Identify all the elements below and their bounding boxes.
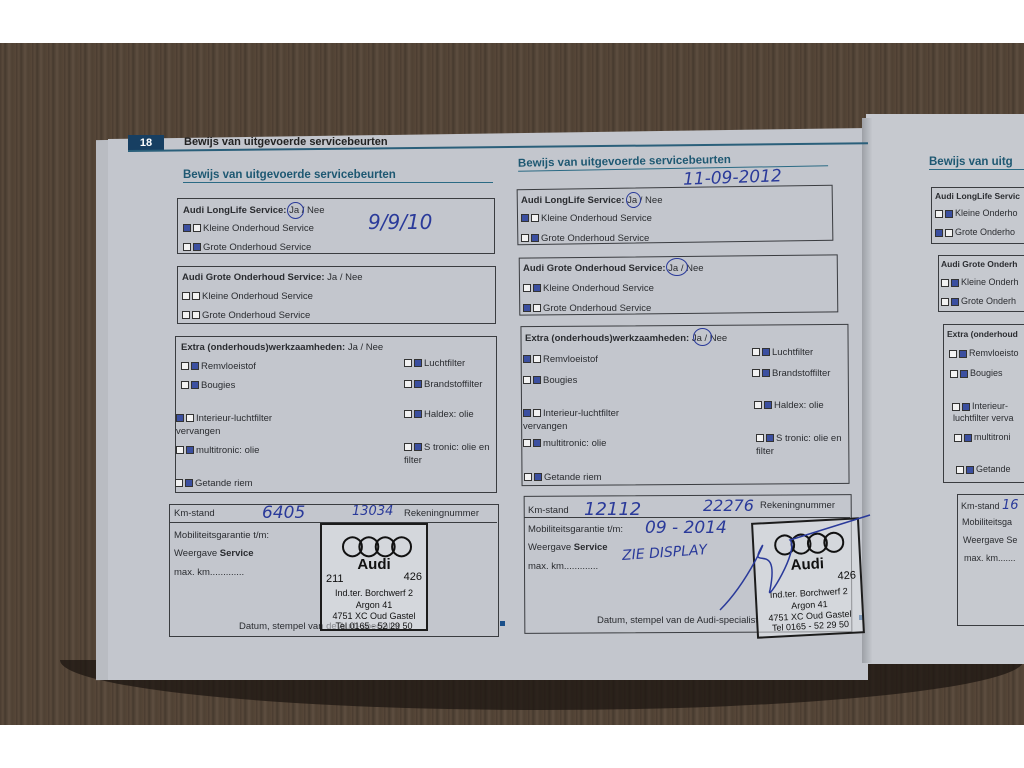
- next-label: Mobiliteitsga: [962, 517, 1012, 527]
- next-label: Interieur-: [952, 401, 1008, 411]
- display-label: Weergave Service: [528, 542, 608, 553]
- checkbox[interactable]: [945, 210, 953, 218]
- checkbox[interactable]: [950, 370, 958, 378]
- mobility-label: Mobiliteitsgarantie t/m:: [174, 530, 269, 541]
- checkbox[interactable]: [524, 473, 532, 481]
- left-extra-label: Extra (onderhouds)werkzaamheden: Ja / Ne…: [181, 342, 383, 353]
- checkbox[interactable]: [175, 479, 183, 487]
- checkbox[interactable]: [404, 380, 412, 388]
- ja-circle-mark: [626, 192, 641, 208]
- checkbox[interactable]: [941, 298, 949, 306]
- checkbox[interactable]: [182, 311, 190, 319]
- checkbox[interactable]: [181, 362, 189, 370]
- marker-square: [500, 621, 505, 626]
- checkbox[interactable]: [533, 284, 541, 292]
- km-value: 6405: [262, 503, 305, 523]
- handwritten-date: 9/9/10: [368, 210, 432, 234]
- checkbox[interactable]: [181, 381, 189, 389]
- checkbox[interactable]: [762, 348, 770, 356]
- checkbox[interactable]: [533, 409, 541, 417]
- checkbox[interactable]: [404, 359, 412, 367]
- checkbox[interactable]: [183, 243, 191, 251]
- next-section-title: Bewijs van uitg: [929, 156, 1024, 170]
- right-longlife-label: Audi LongLife Service: Ja / Nee: [521, 195, 663, 206]
- dealer-stamp: ◯◯◯◯ Audi 211 426 Ind.ter. Borchwerf 2 A…: [320, 523, 428, 631]
- checkbox[interactable]: [404, 410, 412, 418]
- checkbox[interactable]: [176, 414, 184, 422]
- checkbox[interactable]: [952, 403, 960, 411]
- checkbox[interactable]: [766, 434, 774, 442]
- checkbox[interactable]: [191, 381, 199, 389]
- left-grote-label: Audi Grote Onderhoud Service: Ja / Nee: [182, 272, 363, 283]
- next-label: Kleine Onderho: [935, 208, 1018, 218]
- checkbox[interactable]: [533, 376, 541, 384]
- stamp-line: Tel 0165 - 52 29 50: [322, 621, 426, 631]
- checkbox[interactable]: [959, 350, 967, 358]
- signature-scribble: [710, 510, 880, 620]
- checkbox[interactable]: [523, 284, 531, 292]
- checkbox[interactable]: [191, 362, 199, 370]
- right-extra-item: S tronic: olie en filter: [756, 432, 846, 458]
- checkbox[interactable]: [533, 439, 541, 447]
- checkbox[interactable]: [192, 292, 200, 300]
- left-extra-item: S tronic: olie en filter: [404, 441, 496, 467]
- invoice-label: Rekeningnummer: [404, 508, 479, 519]
- checkbox[interactable]: [531, 234, 539, 242]
- checkbox[interactable]: [523, 439, 531, 447]
- left-longlife-item-1: Kleine Onderhoud Service: [183, 223, 314, 234]
- checkbox[interactable]: [182, 292, 190, 300]
- ja-circle-mark: [287, 202, 304, 219]
- next-label: Extra (onderhoud: [947, 329, 1018, 339]
- checkbox[interactable]: [183, 224, 191, 232]
- checkbox[interactable]: [531, 214, 539, 222]
- stamp-line: Ind.ter. Borchwerf 2: [322, 588, 426, 598]
- left-extra-item: multitronic: olie: [176, 445, 259, 456]
- km-value: 12112: [584, 499, 641, 520]
- left-extra-item: Bougies: [181, 380, 235, 391]
- checkbox[interactable]: [521, 234, 529, 242]
- left-extra-item: Haldex: olie: [404, 409, 474, 420]
- checkbox[interactable]: [762, 369, 770, 377]
- next-label: Weergave Se: [963, 535, 1017, 545]
- right-extra-item: Getande riem: [524, 472, 602, 483]
- checkbox[interactable]: [752, 348, 760, 356]
- right-extra-item: Brandstoffilter: [752, 367, 840, 380]
- checkbox[interactable]: [523, 355, 531, 363]
- checkbox[interactable]: [764, 401, 772, 409]
- checkbox[interactable]: [941, 279, 949, 287]
- next-label: Grote Onderho: [935, 227, 1015, 237]
- right-extra-item: Haldex: olie: [754, 400, 824, 411]
- checkbox[interactable]: [193, 243, 201, 251]
- display-label: Weergave Service: [174, 548, 254, 559]
- checkbox[interactable]: [414, 443, 422, 451]
- checkbox[interactable]: [956, 466, 964, 474]
- right-extra-item: Luchtfilter: [752, 347, 813, 358]
- km-label: Km-stand: [174, 508, 215, 519]
- left-extra-item: Brandstoffilter: [404, 378, 492, 391]
- mobility-label: Mobiliteitsgarantie t/m:: [528, 524, 623, 535]
- next-label: Bougies: [950, 368, 1003, 378]
- checkbox[interactable]: [186, 414, 194, 422]
- right-grote-item-1: Kleine Onderhoud Service: [523, 283, 654, 294]
- right-longlife-item-1: Kleine Onderhoud Service: [521, 213, 652, 224]
- next-label: multitroni: [954, 432, 1011, 442]
- right-extra-item: Remvloeistof: [523, 354, 598, 365]
- right-extra-item: Interieur-luchtfilter vervangen: [523, 407, 653, 433]
- checkbox[interactable]: [935, 210, 943, 218]
- checkbox[interactable]: [964, 434, 972, 442]
- invoice-value: 13034: [352, 504, 393, 519]
- checkbox[interactable]: [186, 446, 194, 454]
- ja-circle-mark: [693, 328, 712, 346]
- left-grote-item-1: Kleine Onderhoud Service: [182, 291, 313, 302]
- checkbox[interactable]: [523, 376, 531, 384]
- checkbox[interactable]: [193, 224, 201, 232]
- checkbox[interactable]: [404, 443, 412, 451]
- left-longlife-item-2: Grote Onderhoud Service: [183, 242, 311, 253]
- left-extra-item: Remvloeistof: [181, 361, 256, 372]
- stamp-line: Argon 41: [322, 600, 426, 610]
- right-grote-item-2: Grote Onderhoud Service: [523, 303, 651, 314]
- checkbox[interactable]: [949, 350, 957, 358]
- checkbox[interactable]: [951, 298, 959, 306]
- next-label: Audi Grote Onderh: [941, 259, 1018, 269]
- next-label: luchtfilter verva: [953, 413, 1014, 423]
- stamp-number-left: 211: [326, 573, 344, 585]
- checkbox[interactable]: [523, 409, 531, 417]
- checkbox[interactable]: [185, 479, 193, 487]
- page-number: 18: [128, 135, 164, 151]
- checkbox[interactable]: [962, 403, 970, 411]
- maxkm-label: max. km.............: [174, 567, 244, 578]
- checkbox[interactable]: [521, 214, 529, 222]
- right-extra-item: multitronic: olie: [523, 438, 606, 449]
- left-extra-item: Interieur-luchtfilter vervangen: [176, 412, 306, 438]
- next-label: Getande: [956, 464, 1011, 474]
- checkbox[interactable]: [935, 229, 943, 237]
- next-label: Kleine Onderh: [941, 277, 1019, 287]
- checkbox[interactable]: [756, 434, 764, 442]
- left-grote-item-2: Grote Onderhoud Service: [182, 310, 310, 321]
- stamp-number-right: 426: [404, 571, 422, 583]
- checkbox[interactable]: [176, 446, 184, 454]
- km-label: Km-stand: [528, 505, 569, 516]
- checkbox[interactable]: [534, 473, 542, 481]
- next-label: Grote Onderh: [941, 296, 1016, 306]
- right-extra-item: Bougies: [523, 375, 577, 386]
- audi-rings-icon: ◯◯◯◯: [341, 533, 407, 558]
- next-label: Km-stand 16: [961, 498, 1019, 513]
- checkbox[interactable]: [414, 359, 422, 367]
- checkbox[interactable]: [754, 401, 762, 409]
- stamp-line: 4751 XC Oud Gastel: [322, 611, 426, 621]
- ja-circle-mark: [666, 258, 688, 276]
- checkbox[interactable]: [945, 229, 953, 237]
- checkbox[interactable]: [951, 279, 959, 287]
- checkbox[interactable]: [533, 355, 541, 363]
- checkbox[interactable]: [414, 410, 422, 418]
- checkbox[interactable]: [966, 466, 974, 474]
- next-label: Remvloeisto: [949, 348, 1019, 358]
- left-extra-item: Luchtfilter: [404, 358, 465, 369]
- next-label: max. km.......: [964, 553, 1016, 563]
- checkbox[interactable]: [533, 304, 541, 312]
- maxkm-label: max. km.............: [528, 561, 598, 572]
- running-header: Bewijs van uitgevoerde servicebeurten: [184, 136, 388, 148]
- left-extra-item: Getande riem: [175, 478, 253, 489]
- checkbox[interactable]: [414, 380, 422, 388]
- right-longlife-item-2: Grote Onderhoud Service: [521, 233, 649, 244]
- checkbox[interactable]: [960, 370, 968, 378]
- checkbox[interactable]: [954, 434, 962, 442]
- next-label: Audi LongLife Servic: [935, 191, 1020, 201]
- checkbox[interactable]: [752, 369, 760, 377]
- left-section-title: Bewijs van uitgevoerde servicebeurten: [183, 169, 493, 183]
- checkbox[interactable]: [192, 311, 200, 319]
- checkbox[interactable]: [523, 304, 531, 312]
